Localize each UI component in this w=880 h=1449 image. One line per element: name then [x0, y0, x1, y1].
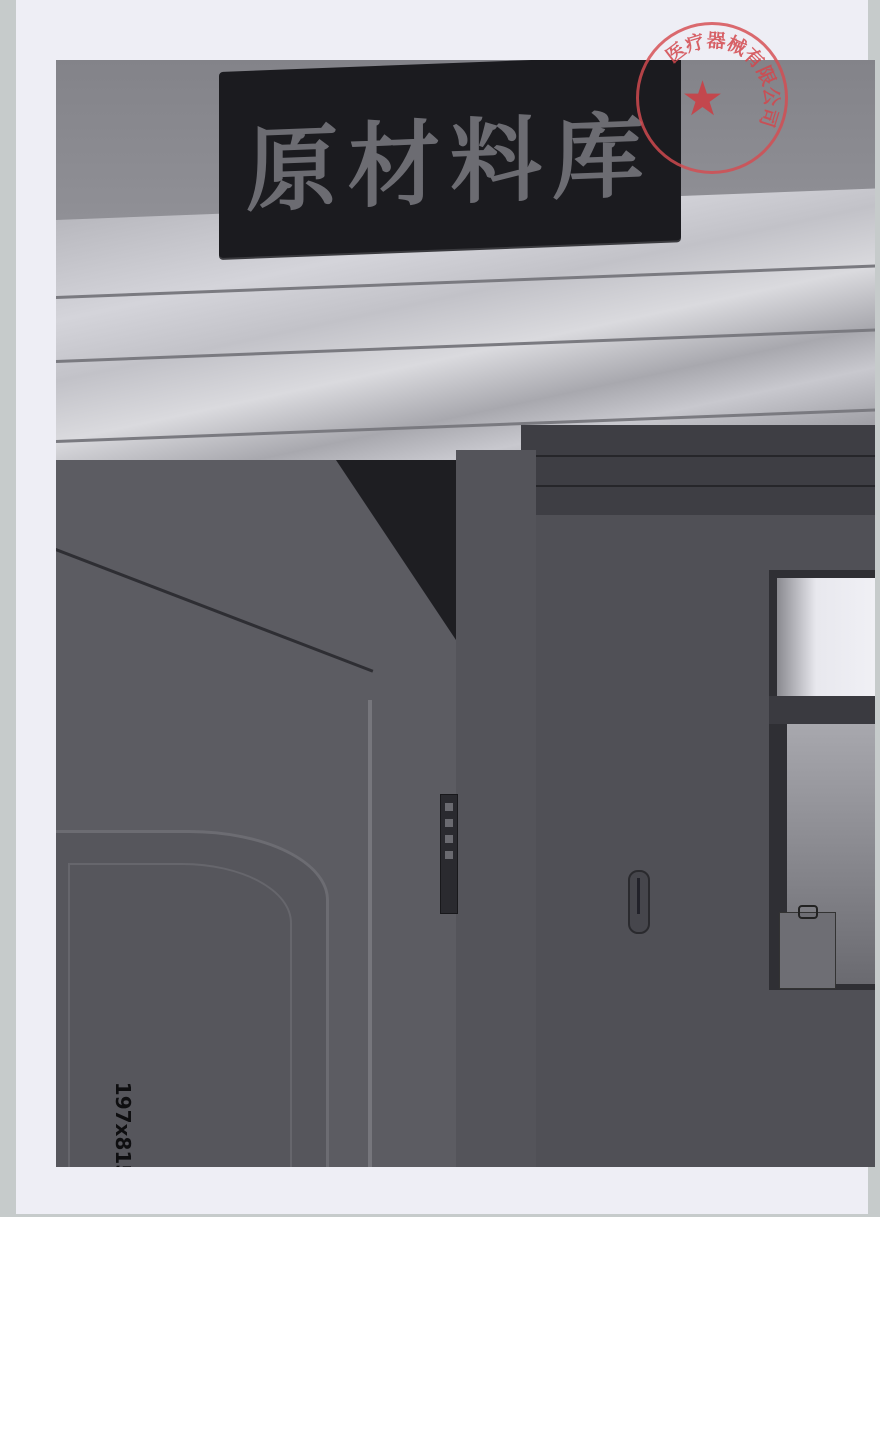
window-frame-bar — [769, 696, 875, 724]
document-page: 原材料库 197x815 医疗器械有限公司 ★ — [16, 0, 868, 1214]
wall-plaque — [440, 794, 458, 914]
ceiling-panels — [521, 425, 875, 515]
wall-column — [456, 450, 536, 1167]
arched-door — [56, 830, 329, 1167]
window-upper-pane — [777, 578, 875, 696]
clipboard — [779, 912, 836, 989]
warehouse-sign: 原材料库 — [219, 60, 681, 258]
ceiling-seam — [521, 485, 875, 487]
clip-icon — [798, 905, 818, 919]
door-trim — [368, 700, 372, 1167]
thermometer-icon — [628, 870, 650, 934]
door-panel — [68, 863, 292, 1167]
handwritten-text: 197x815 — [111, 1082, 135, 1167]
sign-text: 原材料库 — [246, 82, 654, 230]
warehouse-photo: 原材料库 197x815 — [56, 60, 875, 1167]
handwritten-note: 197x815 — [108, 1070, 138, 1167]
ceiling-seam — [521, 455, 875, 457]
